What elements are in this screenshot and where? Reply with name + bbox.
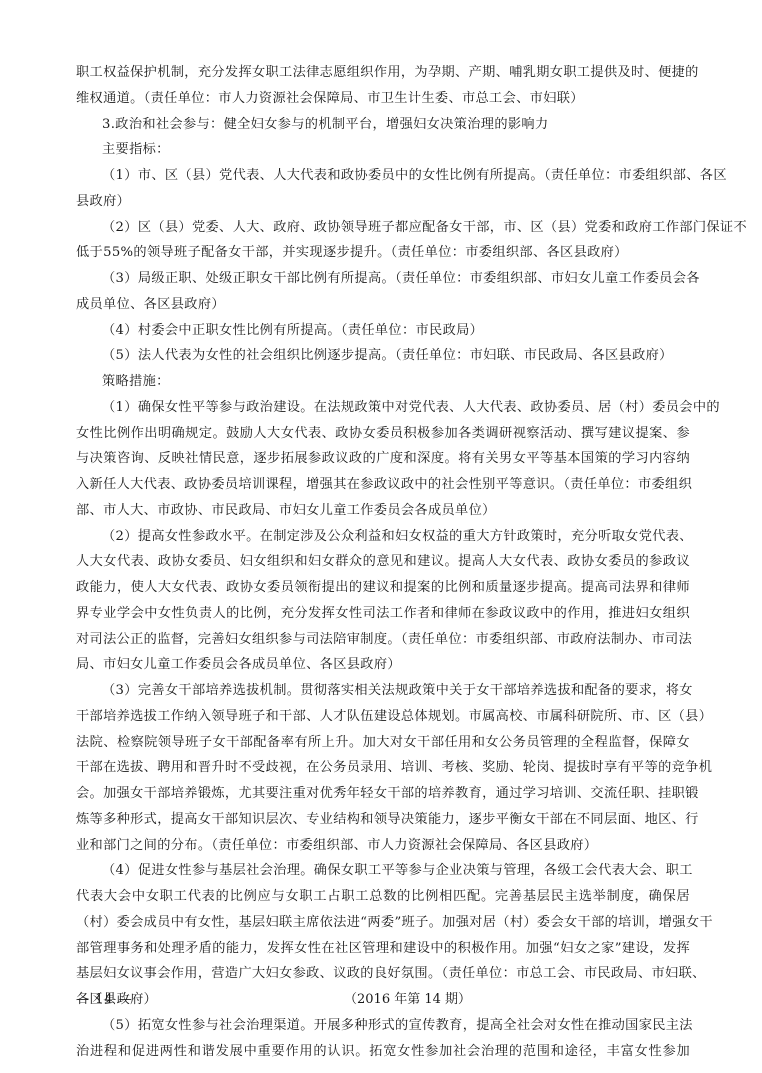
text-line: 与决策咨询、反映社情民意，逐步拓展参政议政的广度和深度。将有关男女平等基本国策的…: [76, 446, 690, 472]
text-line: 法院、检察院领导班子女干部配备率有所上升。加大对女干部任用和女公务员管理的全程监…: [76, 730, 690, 756]
text-line: 业和部门之间的分布。（责任单位：市委组织部、市人力资源社会保障局、各区县政府）: [76, 833, 690, 859]
text-line: 干部在选拔、聘用和晋升时不受歧视，在公务员录用、培训、考核、奖励、轮岗、提拔时享…: [76, 755, 690, 781]
text-line: 人大女代表、政协女委员、妇女组织和妇女群众的意见和建议。提高人大女代表、政协女委…: [76, 549, 690, 575]
text-line: 县政府）: [76, 189, 690, 215]
text-line: 成员单位、各区县政府）: [76, 292, 690, 318]
text-line: 基层妇女议事会作用，营造广大妇女参政、议政的良好氛围。（责任单位：市总工会、市民…: [76, 961, 690, 987]
text-line: （4）促进女性参与基层社会治理。确保女职工平等参与企业决策与管理，各级工会代表大…: [76, 858, 690, 884]
text-line: 职工权益保护机制，充分发挥女职工法律志愿组织作用，为孕期、产期、哺乳期女职工提供…: [76, 60, 690, 86]
text-line: 入新任人大代表、政协委员培训课程，增强其在参政议政中的社会性别平等意识。（责任单…: [76, 472, 690, 498]
text-line: （村）委会成员中有女性，基层妇联主席依法进“两委”班子。加强对居（村）委会女干部…: [76, 910, 690, 936]
page-number: — 14 —: [76, 990, 133, 1010]
text-line: 3.政治和社会参与：健全妇女参与的机制平台，增强妇女决策治理的影响力: [76, 112, 690, 138]
text-line: （2）提高女性参政水平。在制定涉及公众利益和妇女权益的重大方针政策时，充分听取女…: [76, 524, 690, 550]
text-line: （1）市、区（县）党代表、人大代表和政协委员中的女性比例有所提高。（责任单位：市…: [76, 163, 690, 189]
text-line: 对司法公正的监督，完善妇女组织参与司法陪审制度。（责任单位：市委组织部、市政府法…: [76, 627, 690, 653]
text-line: 炼等多种形式，提高女干部知识层次、专业结构和领导决策能力，逐步平衡女干部在不同层…: [76, 807, 690, 833]
text-line: （3）完善女干部培养选拔机制。贯彻落实相关法规政策中关于女干部培养选拔和配备的要…: [76, 678, 690, 704]
text-line: （1）确保女性平等参与政治建设。在法规政策中对党代表、人大代表、政协委员、居（村…: [76, 395, 690, 421]
text-line: 界专业学会中女性负责人的比例，充分发挥女性司法工作者和律师在参政议政中的作用，推…: [76, 601, 690, 627]
page-footer: — 14 — （2016 年第 14 期）: [76, 990, 690, 1010]
text-line: 维权通道。（责任单位：市人力资源社会保障局、市卫生计生委、市总工会、市妇联）: [76, 86, 690, 112]
text-line: 局、市妇女儿童工作委员会各成员单位、各区县政府）: [76, 652, 690, 678]
document-body: 职工权益保护机制，充分发挥女职工法律志愿组织作用，为孕期、产期、哺乳期女职工提供…: [76, 60, 690, 1064]
text-line: 部、市人大、市政协、市民政局、市妇女儿童工作委员会各成员单位）: [76, 498, 690, 524]
text-line: 部管理事务和处理矛盾的能力，发挥女性在社区管理和建设中的积极作用。加强“妇女之家…: [76, 936, 690, 962]
text-line: （2）区（县）党委、人大、政府、政协领导班子都应配备女干部，市、区（县）党委和政…: [76, 215, 690, 241]
issue-label: （2016 年第 14 期）: [344, 990, 471, 1010]
text-line: （5）拓宽女性参与社会治理渠道。开展多种形式的宣传教育，提高全社会对女性在推动国…: [76, 1013, 690, 1039]
text-line: 低于55%的领导班子配备女干部，并实现逐步提升。（责任单位：市委组织部、各区县政…: [76, 240, 690, 266]
text-line: 政能力，使人大女代表、政协女委员领衔提出的建议和提案的比例和质量逐步提高。提高司…: [76, 575, 690, 601]
text-line: （4）村委会中正职女性比例有所提高。（责任单位：市民政局）: [76, 318, 690, 344]
text-line: 干部培养选拔工作纳入领导班子和干部、人才队伍建设总体规划。市属高校、市属科研院所…: [76, 704, 690, 730]
text-line: 主要指标：: [76, 137, 690, 163]
text-line: 策略措施：: [76, 369, 690, 395]
text-line: 女性比例作出明确规定。鼓励人大女代表、政协女委员积极参加各类调研视察活动、撰写建…: [76, 421, 690, 447]
text-line: 会。加强女干部培养锻炼，尤其要注重对优秀年轻女干部的培养教育，通过学习培训、交流…: [76, 781, 690, 807]
text-line: （3）局级正职、处级正职女干部比例有所提高。（责任单位：市委组织部、市妇女儿童工…: [76, 266, 690, 292]
text-line: 代表大会中女职工代表的比例应与女职工占职工总数的比例相匹配。完善基层民主选举制度…: [76, 884, 690, 910]
text-line: 治进程和促进两性和谐发展中重要作用的认识。拓宽女性参加社会治理的范围和途径，丰富…: [76, 1039, 690, 1065]
text-line: （5）法人代表为女性的社会组织比例逐步提高。（责任单位：市妇联、市民政局、各区县…: [76, 343, 690, 369]
